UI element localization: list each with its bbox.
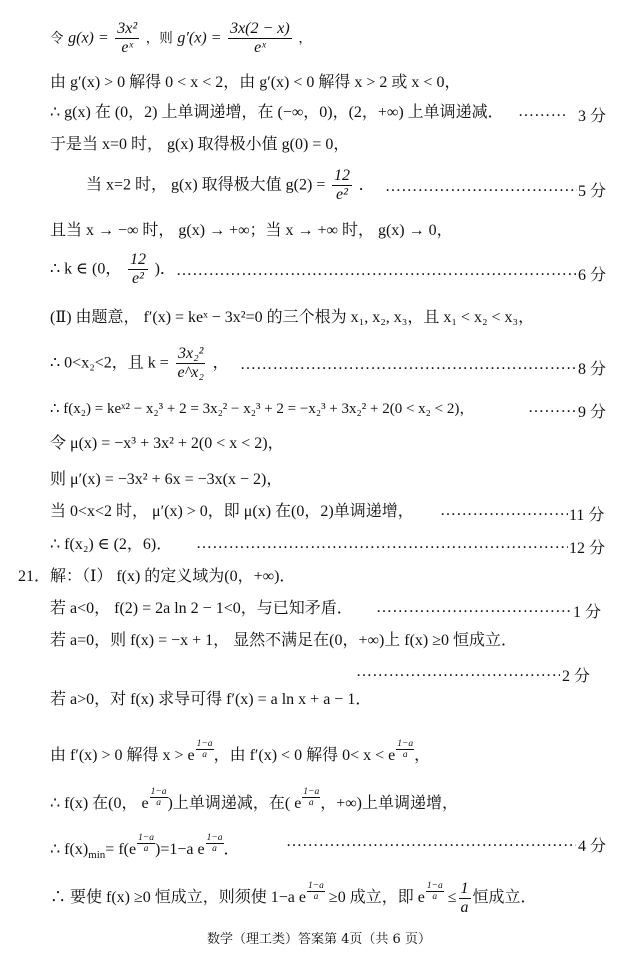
text-line-monotonicity: ∴ g(x) 在 (0，2) 上单调递增，在 (−∞，0)，(2，+∞) 上单调… — [50, 103, 504, 123]
fraction-12-e2: 12e² — [332, 167, 352, 204]
text-part: ≤ — [444, 889, 457, 906]
dot-leader: ………………………………………………………………………………………………………… — [385, 178, 577, 196]
score-11: 11 分 — [569, 502, 604, 525]
equation-line-derivative-sign: 由 f′(x) > 0 解得 x > e1−aa，由 f′(x) < 0 解得 … — [50, 739, 430, 766]
dot-leader: ………………………………………………………………………………………………………… — [286, 833, 576, 851]
text-part: ，+∞)上单调递增， — [320, 795, 458, 812]
punct: ， — [213, 355, 229, 372]
text-part: ∴ f(x) 在(0， e — [50, 795, 149, 812]
frac-num: 12 — [332, 167, 352, 186]
equation-line-g-definition: 令 g(x) = 3x²eˣ ，则 g′(x) = 3x(2 − x)eˣ ， — [50, 20, 312, 57]
dot-leader: ………………………………………………………………………………………………………… — [356, 663, 560, 681]
dot-leader: ……… — [528, 399, 576, 417]
frac-den: e² — [334, 186, 350, 204]
punct: )． — [155, 261, 176, 278]
text-part: = f(e — [105, 841, 136, 858]
frac-num: 12 — [128, 251, 148, 270]
score-9: 9 分 — [578, 399, 606, 422]
text-part: ， — [414, 747, 430, 764]
dot-leader: ………………………………………………………………………………………………………… — [440, 502, 568, 520]
expr-g-prime: g′(x) = — [177, 30, 221, 47]
text-k: ∴ k ∈ (0， — [50, 261, 121, 278]
exp-den: a — [202, 750, 207, 760]
dot-leader: ………………………………………………………………………………………………………… — [196, 535, 568, 553]
frac-num: 3x(2 − x) — [228, 20, 292, 39]
exponent-fraction: 1−aa — [396, 739, 414, 760]
exp-num: 1−a — [196, 739, 214, 750]
exponent-fraction: 1−aa — [137, 833, 155, 854]
score-2: 2 分 — [562, 663, 590, 686]
exp-den: a — [432, 892, 437, 902]
fraction-1-over-a: 1a — [459, 880, 471, 917]
dot-leader: ……… — [518, 103, 576, 121]
text-line-part-2: (Ⅱ) 由题意， f′(x) = keˣ − 3x²=0 的三个根为 x₁, x… — [50, 308, 534, 328]
dot-leader: ………………………………………………………………………………………………………… — [240, 356, 576, 374]
equation-line-condition: ∴ 要使 f(x) ≥0 恒成立，则须使 1−a e1−aa ≥0 成立，即 e… — [50, 880, 537, 917]
text-line-a-negative: 若 a<0， f(2) = 2a ln 2 − 1<0，与已知矛盾． — [50, 599, 353, 619]
subscript-min: min — [88, 849, 105, 861]
equation-line-f-min: ∴ f(x)min= f(e1−aa)=1−a e1−aa． — [50, 833, 240, 860]
text-line-f-x2-range: ∴ f(x₂) ∈ (2，6)． — [50, 535, 172, 555]
text-part: 由 f′(x) > 0 解得 x > e — [50, 747, 195, 764]
page-footer: 数学（理工类）答案第 4页（共 6 页） — [0, 928, 638, 947]
punct: ， — [298, 31, 312, 47]
frac-num: 1 — [459, 880, 471, 899]
expr-g: g(x) = — [68, 30, 109, 47]
equation-line-k-range: ∴ k ∈ (0， 12e² )． — [50, 251, 176, 288]
frac-den: eˣ — [252, 39, 268, 57]
text-part: )=1−a e — [155, 841, 205, 858]
text-part: )上单调递减，在( e — [168, 795, 302, 812]
fraction-k: 3x₂²e^x₂ — [175, 345, 206, 382]
exponent-fraction: 1−aa — [302, 787, 320, 808]
equation-line-f-monotonicity: ∴ f(x) 在(0， e1−aa)上单调递减，在( e1−aa，+∞)上单调递… — [50, 787, 458, 814]
score-6: 6 分 — [578, 262, 606, 285]
fraction-12-e2: 12e² — [128, 251, 148, 288]
score-4: 4 分 — [578, 833, 606, 856]
dot-leader: ………………………………………………………………………………………………………… — [176, 262, 576, 280]
text-line-f-x2: ∴ f(x₂) = keˣ² − x₂³ + 2 = 3x₂² − x₂³ + … — [50, 399, 474, 419]
dot-leader: ………………………………………………………………………………………………………… — [376, 599, 572, 617]
exp-den: a — [156, 798, 161, 808]
score-8: 8 分 — [578, 356, 606, 379]
text-ze: ，则 — [146, 31, 173, 47]
score-1: 1 分 — [573, 599, 601, 622]
exp-num: 1−a — [137, 833, 155, 844]
text-line-a-positive: 若 a>0，对 f(x) 求导可得 f′(x) = a ln x + a − 1… — [50, 690, 371, 710]
exponent-fraction: 1−aa — [426, 881, 444, 902]
text-ling: 令 — [50, 31, 64, 47]
frac-den: e^x₂ — [175, 364, 206, 382]
frac-num: 3x₂² — [176, 345, 205, 364]
text-part: ∴ 要使 f(x) ≥0 恒成立，则须使 1−a e — [50, 889, 306, 906]
text-line-min-value: 于是当 x=0 时， g(x) 取得极小值 g(0) = 0， — [50, 135, 349, 155]
exp-num: 1−a — [396, 739, 414, 750]
frac-den: a — [459, 899, 471, 917]
exp-den: a — [212, 844, 217, 854]
fraction-g-prime: 3x(2 − x)eˣ — [228, 20, 292, 57]
equation-line-k-expression: ∴ 0<x₂<2，且 k = 3x₂²e^x₂ ， — [50, 345, 229, 382]
score-5: 5 分 — [578, 178, 606, 201]
exponent-fraction: 1−aa — [150, 787, 168, 808]
text-part: ≥0 成立，即 e — [325, 889, 425, 906]
equation-line-max-value: 当 x=2 时， g(x) 取得极大值 g(2) = 12e² ． — [86, 167, 375, 204]
exp-den: a — [314, 892, 319, 902]
exp-den: a — [144, 844, 149, 854]
score-12: 12 分 — [569, 535, 605, 558]
frac-num: 3x² — [115, 20, 139, 39]
exp-den: a — [309, 798, 314, 808]
exp-num: 1−a — [307, 881, 325, 892]
exponent-fraction: 1−aa — [206, 833, 224, 854]
text-part: ∴ f(x) — [50, 841, 88, 858]
fraction-g: 3x²eˣ — [115, 20, 139, 57]
text-line-question-21: 21．解：（Ⅰ） f(x) 的定义域为(0，+∞)． — [18, 567, 295, 587]
exp-num: 1−a — [150, 787, 168, 798]
frac-den: e² — [130, 270, 146, 288]
exp-den: a — [403, 750, 408, 760]
text-line-mu-definition: 令 μ(x) = −x³ + 3x² + 2(0 < x < 2)， — [50, 434, 284, 454]
text-line-mu-increasing: 当 0<x<2 时， μ′(x) > 0，即 μ(x) 在(0，2)单调递增， — [50, 502, 414, 522]
score-3: 3 分 — [578, 103, 606, 126]
text-line-mu-derivative: 则 μ′(x) = −3x² + 6x = −3x(x − 2)， — [50, 470, 282, 490]
exponent-fraction: 1−aa — [196, 739, 214, 760]
punct: ． — [359, 177, 375, 194]
text-line-sign-analysis: 由 g′(x) > 0 解得 0 < x < 2，由 g′(x) < 0 解得 … — [50, 73, 460, 93]
text-max: 当 x=2 时， g(x) 取得极大值 g(2) = — [86, 177, 325, 194]
text-line-a-zero: 若 a=0，则 f(x) = −x + 1， 显然不满足在(0，+∞)上 f(x… — [50, 631, 517, 651]
text-line-limits: 且当 x → −∞ 时， g(x) → +∞；当 x → +∞ 时， g(x) … — [50, 221, 453, 241]
frac-den: eˣ — [119, 39, 135, 57]
text-part: ． — [224, 841, 240, 858]
exp-num: 1−a — [302, 787, 320, 798]
text-part: ，由 f′(x) < 0 解得 0< x < e — [214, 747, 396, 764]
exp-num: 1−a — [426, 881, 444, 892]
text-k-expr: ∴ 0<x₂<2，且 k = — [50, 355, 169, 372]
text-part: 恒成立． — [473, 889, 537, 906]
exponent-fraction: 1−aa — [307, 881, 325, 902]
exp-num: 1−a — [206, 833, 224, 844]
